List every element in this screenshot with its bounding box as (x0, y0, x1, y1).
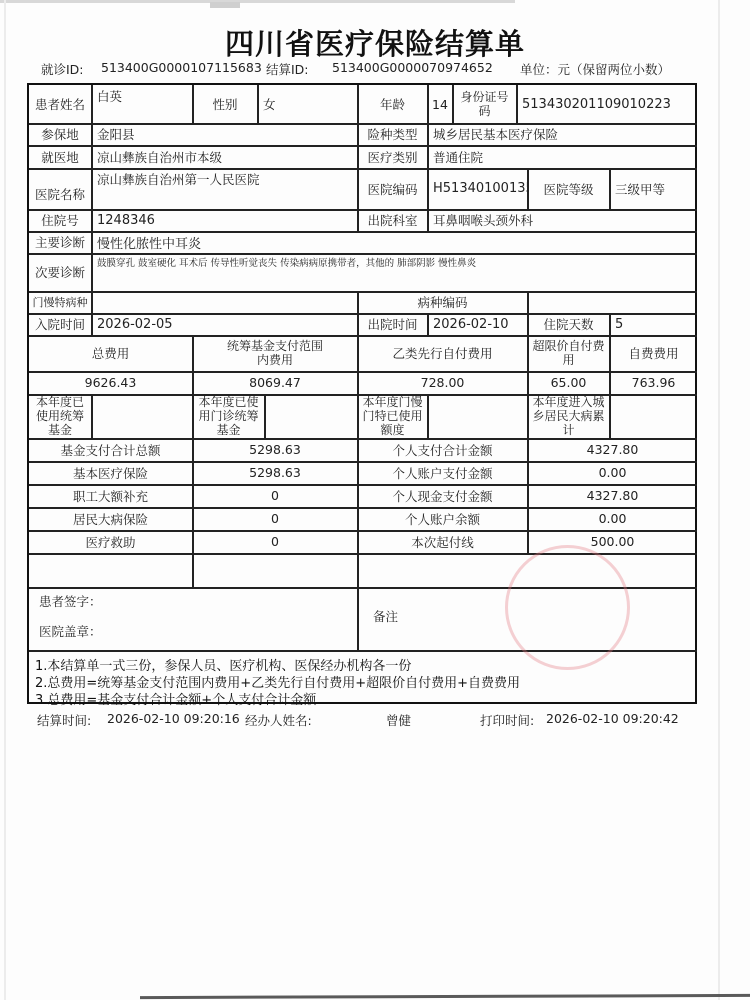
stay-days-label: 住院天数 (528, 313, 609, 335)
scan-edge-shadow (210, 2, 240, 8)
annual-pooled-used-label: 本年度已使用统筹基金 (29, 394, 91, 438)
resident-serious-illness: 0 (193, 507, 357, 530)
visit-id: 513400G0000107115683 (101, 60, 262, 75)
disease-code (528, 291, 697, 313)
stay-days: 5 (610, 313, 697, 335)
annual-pooled-used (92, 394, 192, 438)
hospital-level-label: 医院等级 (528, 168, 609, 209)
secondary-dx-label: 次要诊断 (29, 253, 91, 291)
fee-pooled: 8069.47 (193, 371, 357, 394)
deductible-label: 本次起付线 (358, 530, 527, 553)
annual-outpatient-used-label: 本年度已使用门诊统筹基金 (193, 394, 264, 438)
fund-total: 5298.63 (193, 438, 357, 461)
settlement-id-label: 结算ID: (266, 60, 309, 78)
personal-account-balance-label: 个人账户余额 (358, 507, 527, 530)
employee-supplement-label: 职工大额补充 (29, 484, 192, 507)
basic-insurance: 5298.63 (193, 461, 357, 484)
fee-header-class-b: 乙类先行自付费用 (358, 335, 527, 371)
medical-category: 普通住院 (428, 145, 697, 168)
personal-total: 4327.80 (528, 438, 697, 461)
print-time-label: 打印时间: (480, 711, 534, 729)
hospital-name-label: 医院名称 (29, 168, 91, 209)
print-time: 2026-02-10 09:20:42 (546, 711, 679, 726)
settlement-id: 513400G0000070974652 (332, 60, 493, 75)
settle-time-label: 结算时间: (37, 711, 91, 729)
admit-date-label: 入院时间 (29, 313, 91, 335)
annual-serious-illness (610, 394, 697, 438)
fee-self-paid: 763.96 (610, 371, 697, 394)
settle-time: 2026-02-10 09:20:16 (107, 711, 240, 726)
age-label: 年龄 (358, 85, 427, 123)
admission-no: 1248346 (92, 209, 357, 231)
hospital-name: 凉山彝族自治州第一人民医院 (92, 168, 357, 209)
employee-supplement: 0 (193, 484, 357, 507)
basic-insurance-label: 基本医疗保险 (29, 461, 192, 484)
scan-edge-right (718, 0, 720, 1000)
gender: 女 (258, 85, 357, 123)
insured-place: 金阳县 (92, 123, 357, 145)
primary-dx-label: 主要诊断 (29, 231, 91, 253)
disease-code-label: 病种编码 (358, 291, 527, 313)
annual-outpatient-used (265, 394, 357, 438)
discharge-dept: 耳鼻咽喉头颈外科 (428, 209, 697, 231)
admit-date: 2026-02-05 (92, 313, 357, 335)
gender-label: 性别 (193, 85, 257, 123)
operator-name: 曾健 (386, 711, 411, 729)
fee-header-total: 总费用 (29, 335, 192, 371)
hospital-code-label: 医院编码 (358, 168, 427, 209)
insurance-type-label: 险种类型 (358, 123, 427, 145)
fee-class-b: 728.00 (358, 371, 527, 394)
fee-total: 9626.43 (29, 371, 192, 394)
scan-edge-left (4, 0, 6, 1000)
discharge-dept-label: 出院科室 (358, 209, 427, 231)
id-number: 513430201109010223 (517, 85, 697, 123)
secondary-dx: 鼓膜穿孔 鼓室硬化 耳术后 传导性听觉丧失 传染病病原携带者，其他的 肺部阴影 … (92, 253, 697, 291)
annual-chronic-used-label: 本年度门慢门特已使用额度 (358, 394, 427, 438)
patient-name: 白英 (92, 85, 192, 123)
visit-id-label: 就诊ID: (41, 60, 84, 78)
resident-serious-illness-label: 居民大病保险 (29, 507, 192, 530)
chronic-disease-label: 门慢特病种 (29, 291, 91, 313)
fee-header-pooled: 统筹基金支付范围内费用 (193, 335, 357, 371)
personal-account-paid-label: 个人账户支付金额 (358, 461, 527, 484)
chronic-disease (92, 291, 357, 313)
personal-account-balance: 0.00 (528, 507, 697, 530)
annual-chronic-used (428, 394, 527, 438)
medical-aid-label: 医疗救助 (29, 530, 192, 553)
admission-no-label: 住院号 (29, 209, 91, 231)
treatment-place-label: 就医地 (29, 145, 91, 168)
operator-label: 经办人姓名: (245, 711, 312, 729)
patient-name-label: 患者姓名 (29, 85, 91, 123)
medical-aid: 0 (193, 530, 357, 553)
fund-total-label: 基金支付合计总额 (29, 438, 192, 461)
medical-category-label: 医疗类别 (358, 145, 427, 168)
annual-serious-illness-label: 本年度进入城乡居民大病累计 (528, 394, 609, 438)
note-3: 3.总费用=基金支付合计金额+个人支付合计金额 (35, 689, 316, 708)
hospital-seal-stamp (505, 545, 630, 670)
insurance-type: 城乡居民基本医疗保险 (428, 123, 697, 145)
hospital-level: 三级甲等 (610, 168, 697, 209)
treatment-place: 凉山彝族自治州市本级 (92, 145, 357, 168)
hospital-seal-label: 医院盖章： (39, 622, 239, 640)
hospital-code: H51340100135 (428, 168, 527, 209)
personal-cash-paid-label: 个人现金支付金额 (358, 484, 527, 507)
discharge-date-label: 出院时间 (358, 313, 427, 335)
fee-header-over-limit: 超限价自付费用 (528, 335, 609, 371)
scan-edge-shadow (0, 0, 515, 3)
primary-dx: 慢性化脓性中耳炎 (92, 231, 697, 253)
id-number-label: 身份证号码 (453, 85, 516, 123)
document-title: 四川省医疗保险结算单 (0, 22, 750, 63)
personal-total-label: 个人支付合计金额 (358, 438, 527, 461)
personal-cash-paid: 4327.80 (528, 484, 697, 507)
patient-signature-label: 患者签字： (39, 592, 239, 610)
insured-place-label: 参保地 (29, 123, 91, 145)
personal-account-paid: 0.00 (528, 461, 697, 484)
remarks-label: 备注 (373, 607, 473, 625)
unit-note: 单位：元（保留两位小数） (520, 60, 670, 78)
age: 14 (428, 85, 452, 123)
discharge-date: 2026-02-10 (428, 313, 527, 335)
scan-edge-bottom (140, 994, 750, 999)
fee-header-self-paid: 自费费用 (610, 335, 697, 371)
fee-over-limit: 65.00 (528, 371, 609, 394)
